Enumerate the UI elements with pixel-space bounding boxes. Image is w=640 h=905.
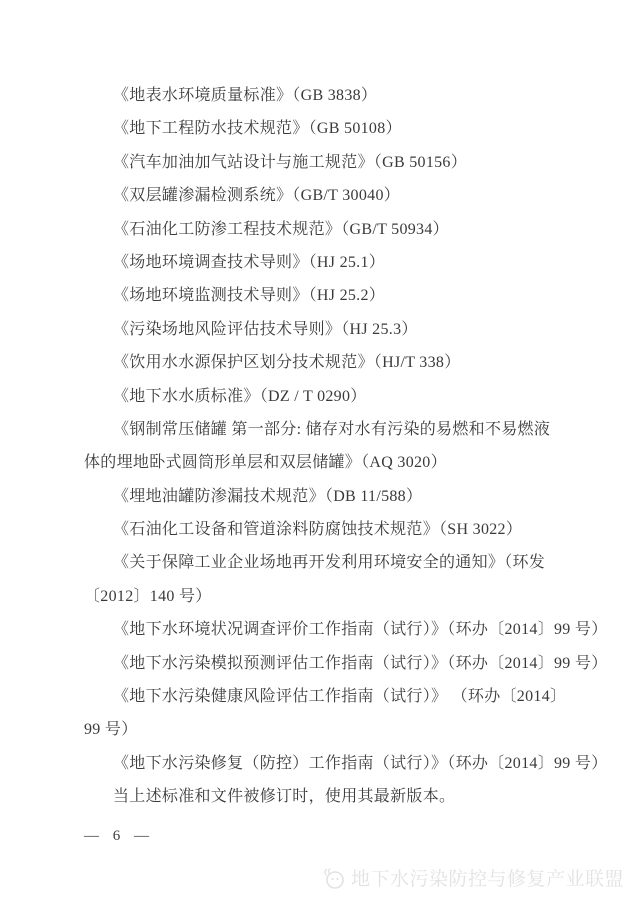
page-number: — 6 — bbox=[84, 828, 149, 845]
document-line: 《场地环境调查技术导则》（HJ 25.1） bbox=[84, 246, 574, 279]
document-line: 体的埋地卧式圆筒形单层和双层储罐》（AQ 3020） bbox=[84, 446, 574, 479]
watermark: 地下水污染防控与修复产业联盟 bbox=[322, 864, 624, 891]
document-line: 《汽车加油加气站设计与施工规范》（GB 50156） bbox=[84, 146, 574, 179]
document-page: 《地表水环境质量标准》（GB 3838）《地下工程防水技术规范》（GB 5010… bbox=[0, 0, 640, 905]
document-line: 〔2012〕140 号） bbox=[84, 580, 574, 613]
document-line: 《石油化工防渗工程技术规范》（GB/T 50934） bbox=[84, 213, 574, 246]
document-line: 《地下水环境状况调查评价工作指南（试行）》（环办〔2014〕99 号） bbox=[84, 613, 574, 646]
document-line: 《埋地油罐防渗漏技术规范》（DB 11/588） bbox=[84, 480, 574, 513]
document-line: 《双层罐渗漏检测系统》（GB/T 30040） bbox=[84, 179, 574, 212]
document-body: 《地表水环境质量标准》（GB 3838）《地下工程防水技术规范》（GB 5010… bbox=[84, 79, 574, 814]
document-line: 《地下水水质标准》（DZ / T 0290） bbox=[84, 380, 574, 413]
document-line: 《地下水污染修复（防控）工作指南（试行）》（环办〔2014〕99 号） bbox=[84, 747, 574, 780]
document-line: 《场地环境监测技术导则》（HJ 25.2） bbox=[84, 279, 574, 312]
document-line: 《污染场地风险评估技术导则》（HJ 25.3） bbox=[84, 313, 574, 346]
document-line: 《饮用水水源保护区划分技术规范》（HJ/T 338） bbox=[84, 346, 574, 379]
document-line: 《地下工程防水技术规范》（GB 50108） bbox=[84, 112, 574, 145]
document-line: 《地下水污染模拟预测评估工作指南（试行）》（环办〔2014〕99 号） bbox=[84, 647, 574, 680]
document-line: 99 号） bbox=[84, 713, 574, 746]
document-line: 《地表水环境质量标准》（GB 3838） bbox=[84, 79, 574, 112]
document-line: 《石油化工设备和管道涂料防腐蚀技术规范》（SH 3022） bbox=[84, 513, 574, 546]
circle-face-logo-icon bbox=[322, 866, 346, 890]
watermark-text: 地下水污染防控与修复产业联盟 bbox=[351, 864, 624, 891]
document-line: 当上述标准和文件被修订时，使用其最新版本。 bbox=[84, 780, 574, 813]
document-line: 《地下水污染健康风险评估工作指南（试行）》 （环办〔2014〕 bbox=[84, 680, 574, 713]
document-line: 《关于保障工业企业场地再开发利用环境安全的通知》（环发 bbox=[84, 546, 574, 579]
document-line: 《钢制常压储罐 第一部分: 储存对水有污染的易燃和不易燃液 bbox=[84, 413, 574, 446]
